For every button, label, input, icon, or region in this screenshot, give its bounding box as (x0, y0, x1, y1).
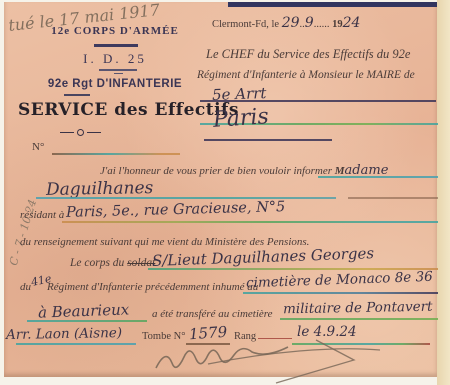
city-line (204, 139, 332, 141)
divider-tick (114, 73, 123, 74)
addressee-line (200, 100, 436, 102)
service-title: SERVICE des Effectifs (18, 100, 239, 120)
corps-line-text: Le corps du soldat (70, 257, 155, 269)
exhumed-line (27, 320, 147, 322)
origin-line (243, 292, 438, 294)
scan-right-strip (437, 0, 450, 385)
numero-line (52, 153, 180, 155)
corps-label: Le corps du (70, 257, 124, 269)
name-line (36, 197, 336, 199)
month-handwritten: 9 (305, 15, 314, 31)
dots: ...... (314, 19, 330, 30)
dest-place-handwritten: Arr. Laon (Aisne) (6, 325, 122, 343)
cemetery-dest-handwritten: militaire de Pontavert (283, 299, 433, 318)
chef-line-2: Régiment d'Infanterie à Monsieur le MAIR… (197, 69, 415, 81)
day-handwritten: 29 (282, 15, 300, 31)
dest-line (280, 318, 438, 320)
year-printed: 19 (332, 19, 343, 30)
divider-rule (94, 44, 138, 47)
transfer-text: a été transféré au cimetière (152, 308, 273, 320)
regiment-text: Régiment d'Infanterie précédemment inhum… (47, 281, 258, 293)
chef-line-1: Le CHEF du Service des Effectifs du 92e (206, 47, 410, 62)
scanned-document: tué le 17 mai 1917 12e CORPS D'ARMÉE I. … (0, 0, 450, 385)
name-line-2 (348, 197, 438, 199)
pensions-text: du renseignement suivant qui me vient du… (20, 236, 309, 248)
ornament-divider (60, 129, 101, 136)
divider-rule (64, 94, 90, 96)
numero-label: N° (32, 141, 44, 153)
division-number: I. D. 25 (38, 51, 192, 67)
exhumed-place-handwritten: à Beaurieux (38, 300, 130, 321)
dateline: Clermont-Fd, le 29..9...... 1924 (212, 15, 360, 31)
du-label: du (20, 281, 31, 293)
corps-title: 12e CORPS D'ARMÉE (38, 25, 192, 37)
madame-line (318, 176, 438, 178)
residant-label: résidant à (20, 209, 64, 221)
dest-place-line (16, 343, 136, 345)
divider-rule (99, 69, 137, 71)
signature-scrawl (148, 334, 384, 384)
city-handwritten: Paris (212, 104, 269, 133)
informer-text: J'ai l'honneur de vous prier de bien vou… (100, 165, 332, 177)
scan-edge-strip (228, 2, 437, 7)
place-label: Clermont-Fd, le (212, 19, 279, 30)
regiment-title: 92e Rgt D'INFANTERIE (28, 78, 202, 90)
year-handwritten: 24 (343, 15, 361, 31)
address-line (62, 221, 438, 223)
